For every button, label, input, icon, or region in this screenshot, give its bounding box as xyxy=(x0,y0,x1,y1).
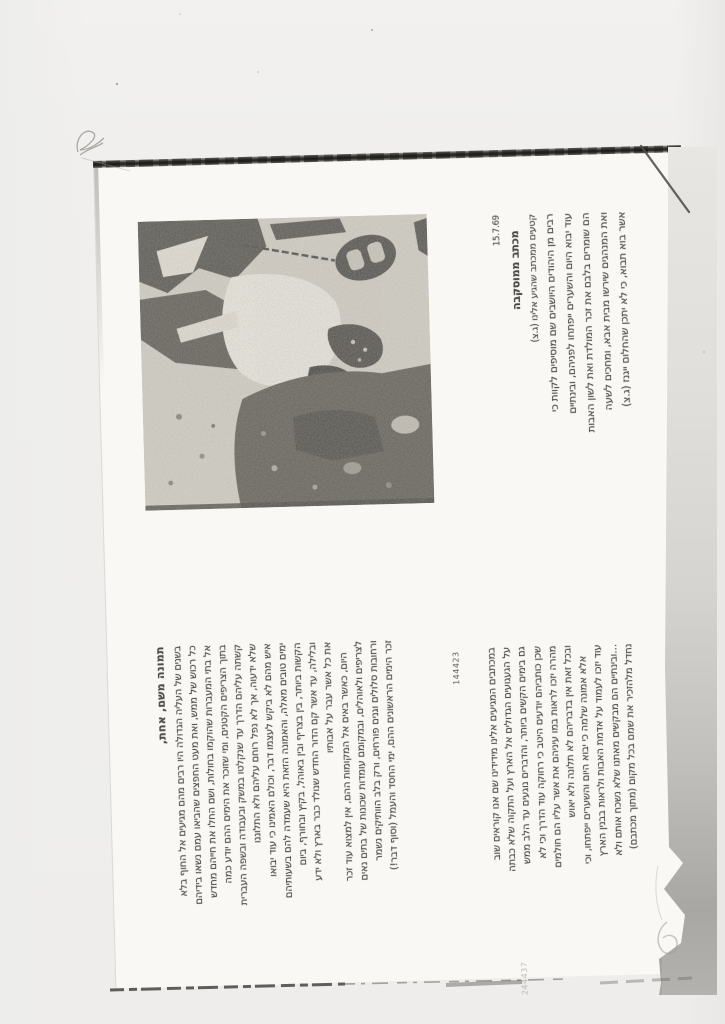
page-bottom-edge-smudge xyxy=(446,982,522,985)
page-top-edge xyxy=(93,145,681,168)
page: 15.7.69 מכתב ממוסקבה קטעים ממכתב שהגיע א… xyxy=(93,145,702,989)
photo-halftone xyxy=(138,214,435,511)
pencil-scribble-mark xyxy=(77,131,104,155)
clipping-letter: 15.7.69 מכתב ממוסקבה קטעים ממכתב שהגיע א… xyxy=(491,211,645,507)
stamp-number-main: 144423 xyxy=(451,651,465,691)
clipping-main: תמונה משם, אחת, בשנים של העליה הגדולה הי… xyxy=(149,640,403,949)
photo-graphic xyxy=(138,214,435,511)
page-left-edge-shadow xyxy=(94,168,104,388)
stamp-number-side: 244437 xyxy=(520,961,534,995)
clipping-side: במכתבים המגיעים אלינו מידידינו שם אנו קו… xyxy=(484,643,644,947)
scanned-page: 15.7.69 מכתב ממוסקבה קטעים ממכתב שהגיע א… xyxy=(0,0,725,1024)
